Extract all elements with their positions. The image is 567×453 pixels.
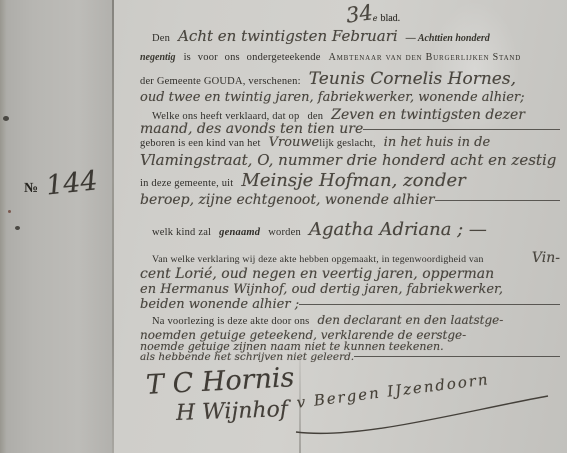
line-registrar-intro: negentig is voor ons ondergeteekende Amb… — [140, 52, 560, 63]
hw-closing-4: als hebbende het schrijven niet geleerd. — [140, 351, 354, 363]
hw-witnesses-residence: beiden wonende alhier ; — [140, 297, 299, 312]
printed-born-child: geboren is een kind van het — [140, 138, 261, 149]
blad-number-handwritten: 34 — [344, 0, 374, 27]
blad-word: blad. — [380, 13, 400, 24]
hw-witness2-details: en Hermanus Wijnhof, oud dertig jaren, f… — [140, 282, 503, 297]
line-date: Den Acht en twintigsten Februari — Achtt… — [152, 27, 560, 45]
line-witness1: cent Lorié, oud negen en veertig jaren, … — [140, 266, 560, 282]
birth-certificate-scan: 34eblad. № 144 Den Acht en twintigsten F… — [0, 0, 567, 453]
act-number-value: 144 — [45, 165, 100, 201]
hw-child-name: Agatha Adriana ; — — [309, 219, 487, 240]
printed-year-decade: negentig — [140, 52, 176, 63]
hw-date: Acht en twintigsten Februari — [178, 27, 398, 45]
hw-declarant-details: oud twee en twintig jaren, fabriekwerker… — [140, 90, 525, 105]
signature-declarant: T C Hornis — [145, 362, 295, 401]
filler-rule — [363, 129, 560, 130]
line-address: Vlamingstraat, O, nummer drie honderd ac… — [140, 151, 560, 169]
printed-officer-title: Ambtenaar van den Burgerlijken Stand — [329, 52, 522, 63]
act-number: № 144 — [24, 168, 98, 199]
printed-geslacht: lijk geslacht, — [319, 138, 375, 149]
line-declarant-details: oud twee en twintig jaren, fabriekwerker… — [140, 90, 560, 105]
line-child-sex: geboren is een kind van het Vrouwe lijk … — [140, 135, 560, 150]
filler-rule — [435, 200, 560, 201]
scan-speck — [3, 116, 9, 121]
printed-year-part: — Achttien honderd — [406, 33, 490, 44]
filler-rule — [299, 304, 560, 305]
line-mother-details: beroep, zijne echtgenoot, wonende alhier — [140, 192, 560, 208]
page-edge-line — [112, 0, 114, 453]
hw-mother-details: beroep, zijne echtgenoot, wonende alhier — [140, 192, 435, 208]
blad-header: 34eblad. — [346, 2, 400, 26]
scan-speck — [8, 210, 11, 213]
printed-worden: worden — [268, 227, 301, 238]
printed-child-will-be: welk kind zal — [152, 227, 211, 238]
line-witness-intro: Van welke verklaring wij deze akte hebbe… — [152, 250, 560, 266]
filler-rule — [354, 356, 560, 357]
printed-den: Den — [152, 33, 170, 44]
line-closing: Na voorlezing is deze akte door ons den … — [152, 313, 560, 327]
hw-mother-name: Meinsje Hofman, zonder — [241, 170, 465, 191]
line-witnesses-residence: beiden wonende alhier ; — [140, 297, 560, 312]
registrar-signature-flourish — [290, 390, 555, 440]
printed-witness-intro: Van welke verklaring wij deze akte hebbe… — [152, 254, 484, 265]
printed-gemeente: der Gemeente GOUDA, verschenen: — [140, 76, 301, 87]
hw-address: Vlamingstraat, O, nummer drie honderd ac… — [140, 151, 556, 169]
hw-closing-1: den declarant en den laatstge- — [317, 313, 503, 327]
line-mother: in deze gemeente, uit Meinsje Hofman, zo… — [140, 170, 560, 191]
hw-witness1-start: Vin- — [532, 250, 560, 266]
line-declarant: der Gemeente GOUDA, verschenen: Teunis C… — [140, 69, 560, 89]
hw-house-intro: in het huis in de — [384, 135, 490, 150]
line-closing-4: als hebbende het schrijven niet geleerd. — [140, 351, 560, 363]
hw-witness1-details: cent Lorié, oud negen en veertig jaren, … — [140, 266, 494, 282]
hw-sex: Vrouwe — [269, 135, 320, 150]
signature-witness: H Wijnhof — [176, 397, 289, 426]
line-witness2: en Hermanus Wijnhof, oud dertig jaren, f… — [140, 282, 560, 297]
printed-gemeente-uit: in deze gemeente, uit — [140, 178, 233, 189]
printed-genaamd: genaamd — [219, 227, 260, 238]
printed-intro: is voor ons ondergeteekende — [184, 52, 321, 63]
printed-closing: Na voorlezing is deze akte door ons — [152, 316, 309, 327]
scan-speck — [15, 226, 20, 230]
line-child-name: welk kind zal genaamd worden Agatha Adri… — [152, 219, 560, 240]
hw-declarant-name: Teunis Cornelis Hornes, — [309, 69, 516, 89]
numero-symbol: № — [24, 181, 38, 197]
